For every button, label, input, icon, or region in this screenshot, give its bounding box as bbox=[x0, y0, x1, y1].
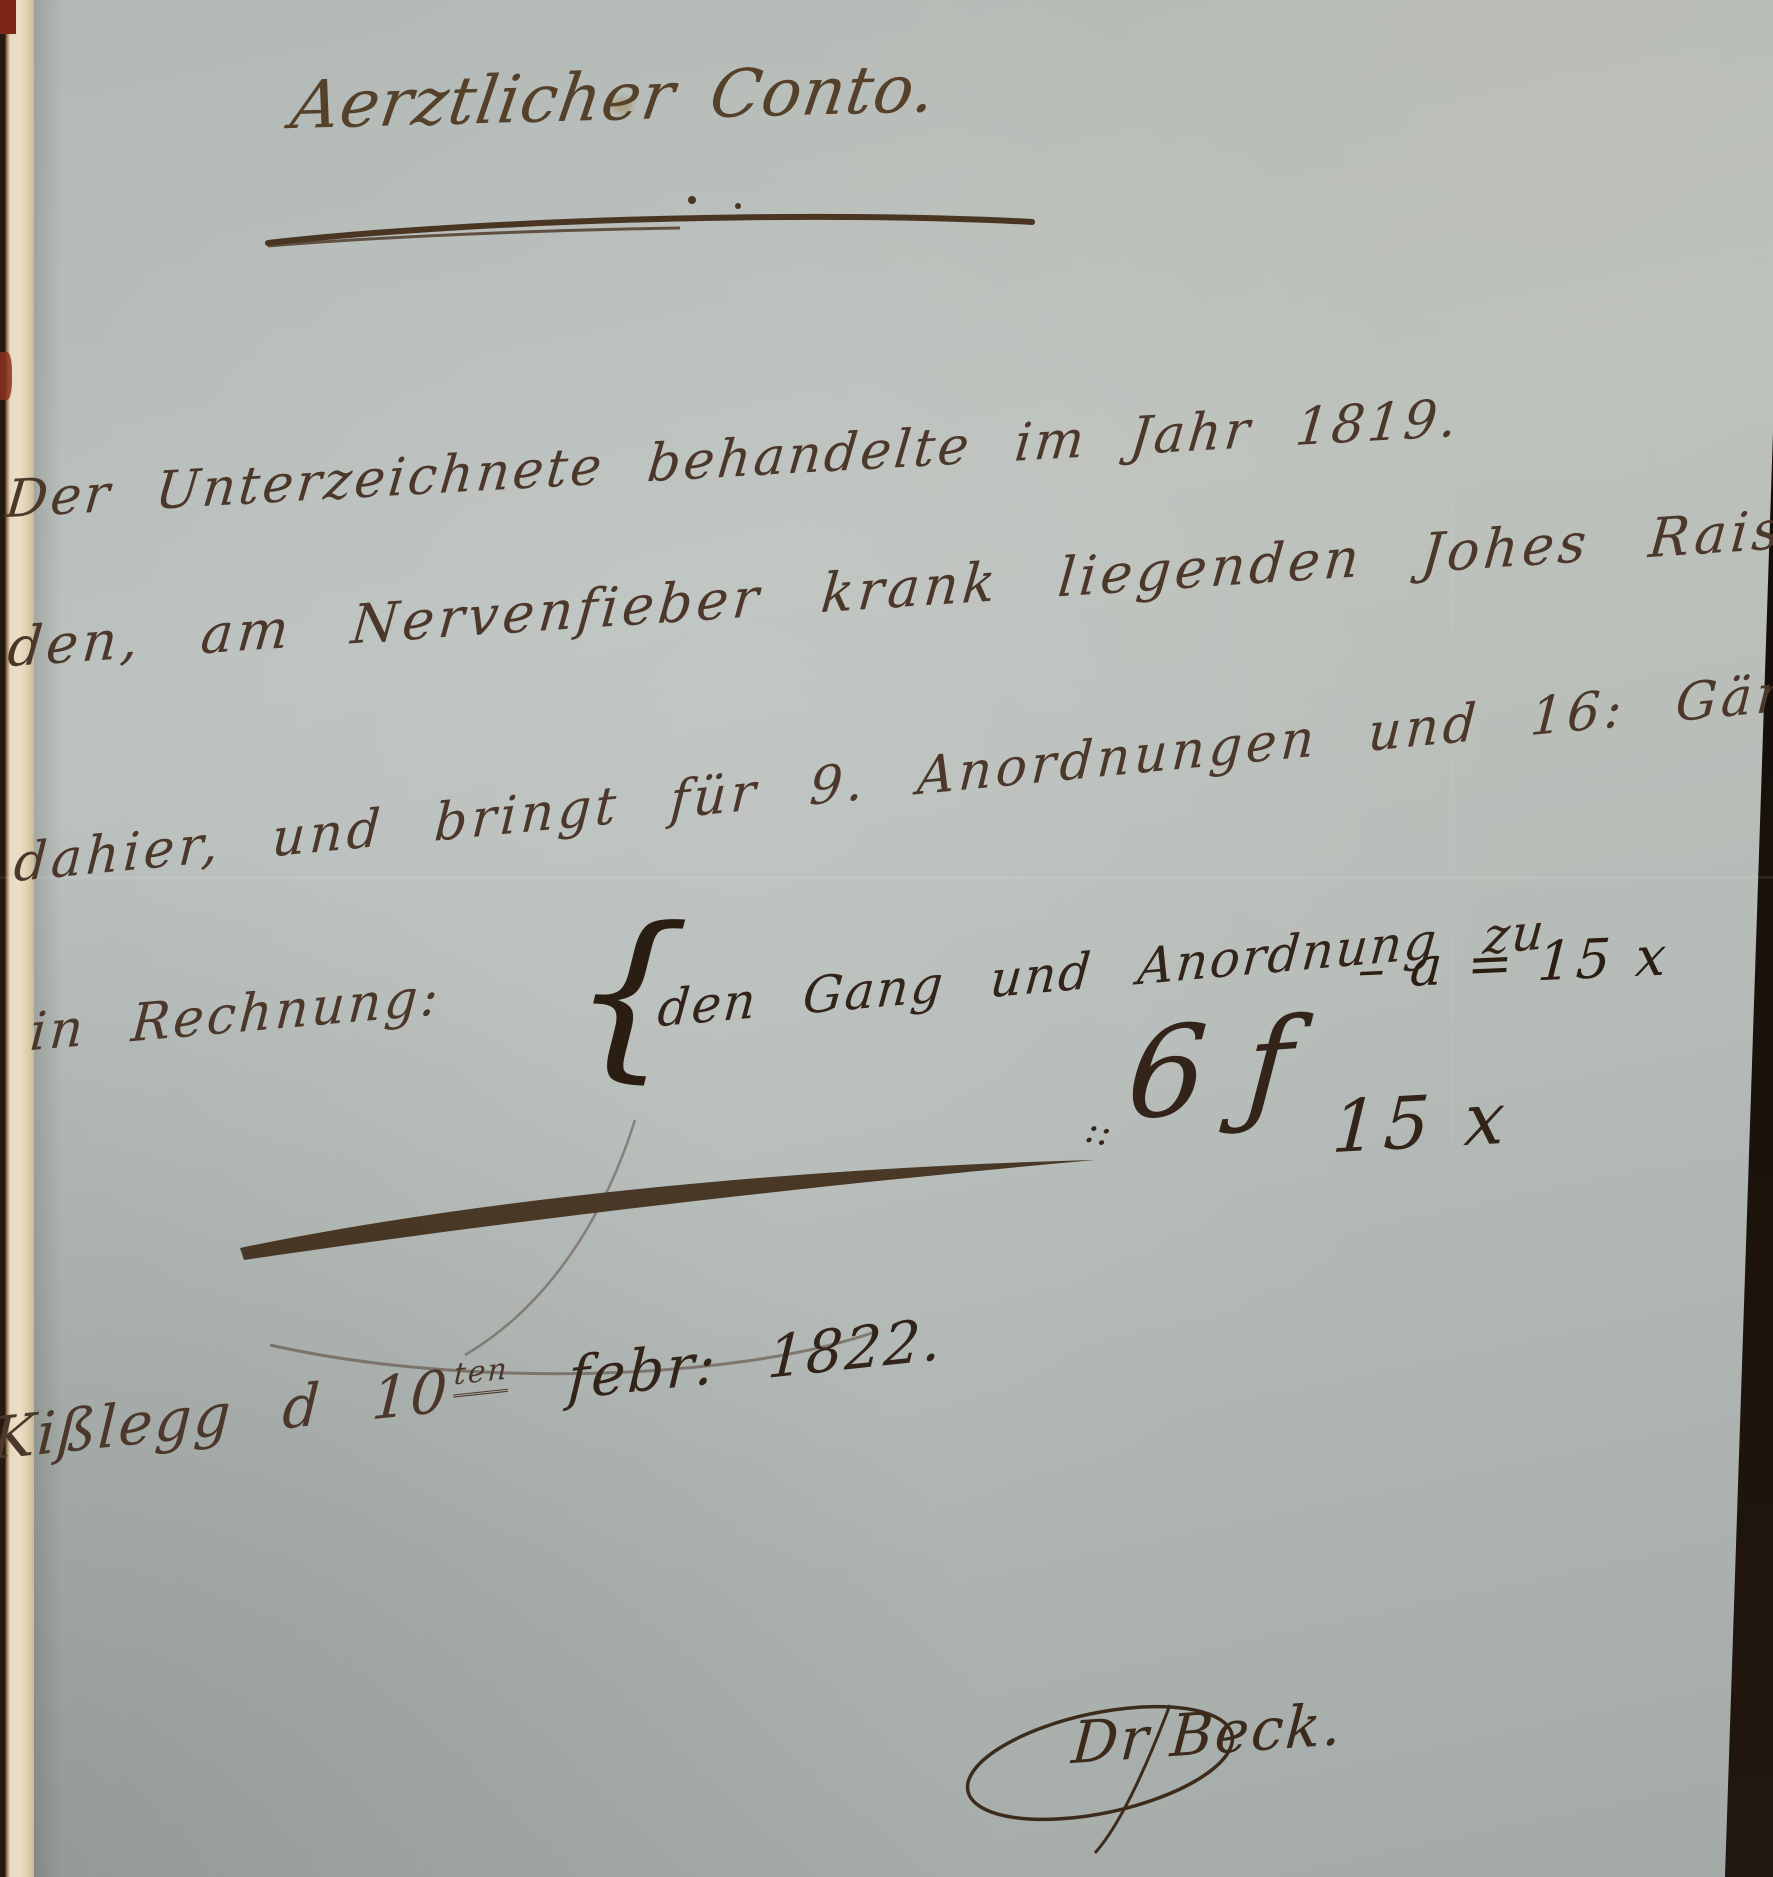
book-binding-edge bbox=[0, 0, 34, 1877]
red-edge-mark-middle bbox=[0, 352, 12, 400]
body-line-1: Der Unterzeichnete behandelte im Jahr 18… bbox=[3, 391, 1462, 530]
red-edge-mark-top bbox=[0, 0, 16, 34]
total-kreuzer-amount: 15 x bbox=[1330, 1078, 1513, 1167]
document-title: Aerztlicher Conto. bbox=[287, 53, 941, 143]
body-line-4-label: in Rechnung: bbox=[28, 969, 443, 1063]
body-line-3: dahier, und bringt für 9. Anordnungen un… bbox=[12, 654, 1773, 894]
body-line-4-rate: – a = 15 x bbox=[1356, 926, 1672, 999]
binding-shadow bbox=[34, 0, 62, 1877]
date-day-suffix: ten bbox=[453, 1351, 510, 1397]
paper-crease-horizontal bbox=[0, 876, 1773, 879]
total-gulden-amount: 6 ƒ bbox=[1123, 996, 1296, 1145]
page-corner-shadow bbox=[1713, 0, 1773, 1877]
body-line-2: den, am Nervenfieber krank liegenden Joh… bbox=[5, 495, 1773, 678]
manuscript-page: Aerztlicher Conto. Der Unterzeichnete be… bbox=[0, 0, 1773, 1877]
date-day: 10 bbox=[370, 1357, 451, 1434]
date-particle: d bbox=[281, 1370, 324, 1443]
title-underline-flourish bbox=[250, 188, 1050, 268]
